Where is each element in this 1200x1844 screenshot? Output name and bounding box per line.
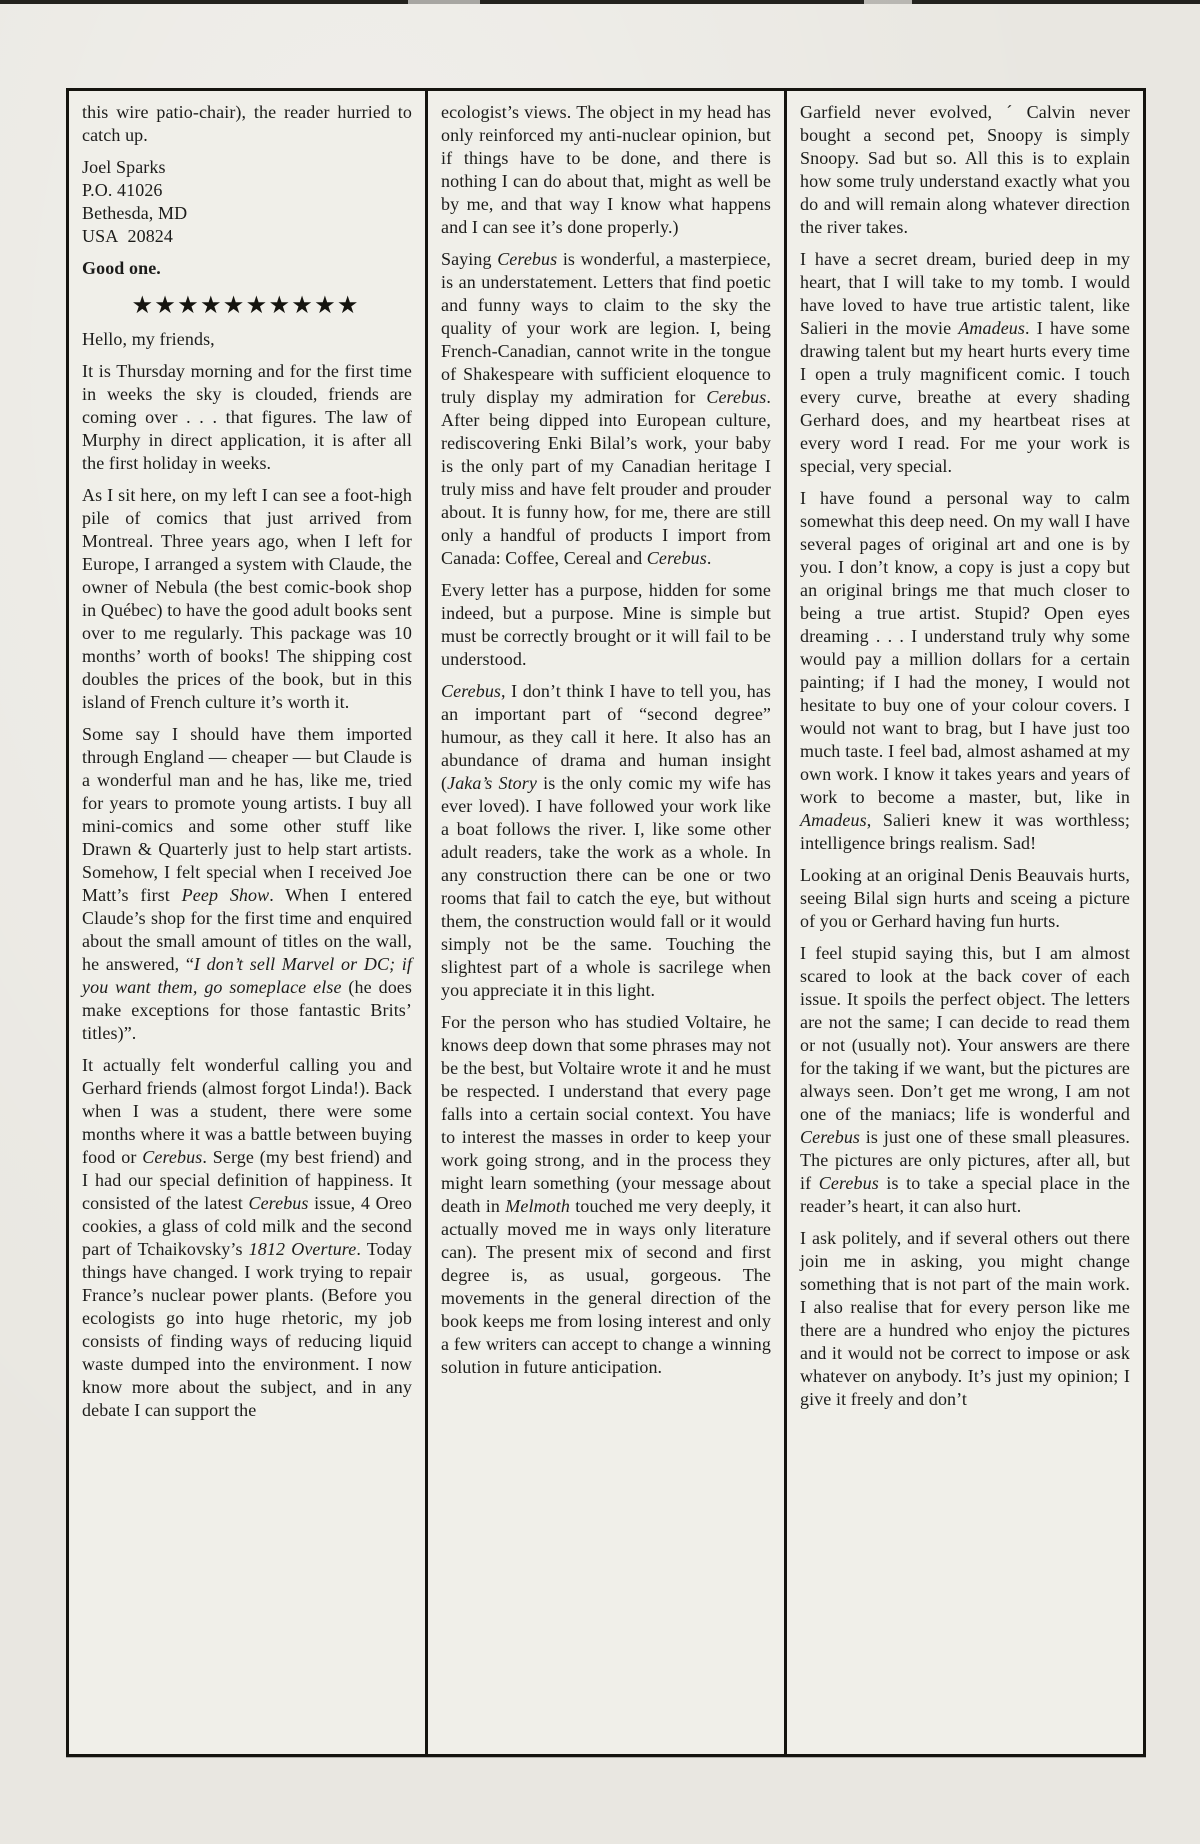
- letter-paragraph: It is Thursday morning and for the first…: [82, 360, 412, 475]
- text-run: ecologist’s views. The object in my head…: [441, 102, 771, 237]
- letter-paragraph: Hello, my friends,: [82, 328, 412, 351]
- letter-paragraph: Some say I should have them imported thr…: [82, 723, 412, 1045]
- scanned-page: this wire patio-chair), the reader hurri…: [0, 0, 1200, 1844]
- letter-paragraph: I have a secret dream, buried deep in my…: [800, 248, 1130, 478]
- text-run: . I have some drawing talent but my hear…: [800, 318, 1130, 476]
- text-run: Garfield never evolved, ´ Calvin never b…: [800, 102, 1130, 237]
- text-run: .: [707, 548, 712, 568]
- address-line: Joel Sparks: [82, 156, 412, 179]
- text-run: Saying: [441, 249, 497, 269]
- text-run: Hello, my friends,: [82, 329, 215, 349]
- letter-paragraph: Saying Cerebus is wonderful, a masterpie…: [441, 248, 771, 570]
- italic-text-run: Cerebus: [800, 1127, 860, 1147]
- text-run: I feel stupid saying this, but I am almo…: [800, 943, 1130, 1124]
- text-run: . After being dipped into European cultu…: [441, 387, 771, 568]
- letter-column-1: this wire patio-chair), the reader hurri…: [69, 91, 425, 1754]
- letter-column-3: Garfield never evolved, ´ Calvin never b…: [787, 91, 1143, 1754]
- text-run: It is Thursday morning and for the first…: [82, 361, 412, 473]
- italic-text-run: Amadeus: [958, 318, 1025, 338]
- letter-paragraph: It actually felt wonderful calling you a…: [82, 1054, 412, 1422]
- letter-paragraph: Looking at an original Denis Beauvais hu…: [800, 864, 1130, 933]
- letter-paragraph: I feel stupid saying this, but I am almo…: [800, 942, 1130, 1218]
- address-line: P.O. 41026: [82, 179, 412, 202]
- text-run: is wonderful, a masterpiece, is an under…: [441, 249, 771, 407]
- letter-paragraph: For the person who has studied Voltaire,…: [441, 1011, 771, 1379]
- italic-text-run: Cerebus: [497, 249, 557, 269]
- letter-column-2: ecologist’s views. The object in my head…: [428, 91, 784, 1754]
- italic-text-run: Cerebus: [706, 387, 766, 407]
- text-run: I ask politely, and if several others ou…: [800, 1228, 1130, 1409]
- letter-paragraph: ecologist’s views. The object in my head…: [441, 101, 771, 239]
- letter-paragraph: Cerebus, I don’t think I have to tell yo…: [441, 680, 771, 1002]
- text-run: Looking at an original Denis Beauvais hu…: [800, 865, 1130, 931]
- address-line: Bethesda, MD: [82, 202, 412, 225]
- italic-text-run: Peep Show: [182, 885, 270, 905]
- text-run: touched me very deeply, it actually move…: [441, 1196, 771, 1377]
- text-run: Some say I should have them imported thr…: [82, 724, 412, 905]
- text-run: is the only comic my wife has ever loved…: [441, 773, 771, 1000]
- letter-paragraph: Every letter has a purpose, hidden for s…: [441, 579, 771, 671]
- star-divider: ★★★★★★★★★★: [82, 292, 412, 319]
- text-run: . Today things have changed. I work tryi…: [82, 1239, 412, 1420]
- italic-text-run: Cerebus: [647, 548, 707, 568]
- scan-edge-artifact: [0, 0, 1200, 4]
- text-run: For the person who has studied Voltaire,…: [441, 1012, 771, 1216]
- italic-text-run: Jaka’s Story: [447, 773, 537, 793]
- letter-paragraph: I ask politely, and if several others ou…: [800, 1227, 1130, 1411]
- text-run: As I sit here, on my left I can see a fo…: [82, 485, 412, 712]
- text-run: I have found a personal way to calm some…: [800, 488, 1130, 807]
- italic-text-run: Cerebus: [819, 1173, 879, 1193]
- sender-address: Joel SparksP.O. 41026Bethesda, MDUSA 208…: [82, 156, 412, 248]
- address-line: USA 20824: [82, 225, 412, 248]
- text-run: this wire patio-chair), the reader hurri…: [82, 102, 412, 145]
- italic-text-run: 1812 Overture: [249, 1239, 357, 1259]
- letter-paragraph: As I sit here, on my left I can see a fo…: [82, 484, 412, 714]
- text-run: Good one.: [82, 258, 161, 278]
- italic-text-run: Amadeus: [800, 810, 867, 830]
- text-run: Every letter has a purpose, hidden for s…: [441, 580, 771, 669]
- editor-reply: Good one.: [82, 257, 412, 280]
- letter-paragraph: I have found a personal way to calm some…: [800, 487, 1130, 855]
- italic-text-run: Melmoth: [505, 1196, 570, 1216]
- italic-text-run: Cerebus: [248, 1193, 308, 1213]
- italic-text-run: Cerebus: [142, 1147, 202, 1167]
- letter-paragraph: this wire patio-chair), the reader hurri…: [82, 101, 412, 147]
- letter-paragraph: Garfield never evolved, ´ Calvin never b…: [800, 101, 1130, 239]
- letters-panel: this wire patio-chair), the reader hurri…: [66, 88, 1146, 1757]
- italic-text-run: Cerebus: [441, 681, 501, 701]
